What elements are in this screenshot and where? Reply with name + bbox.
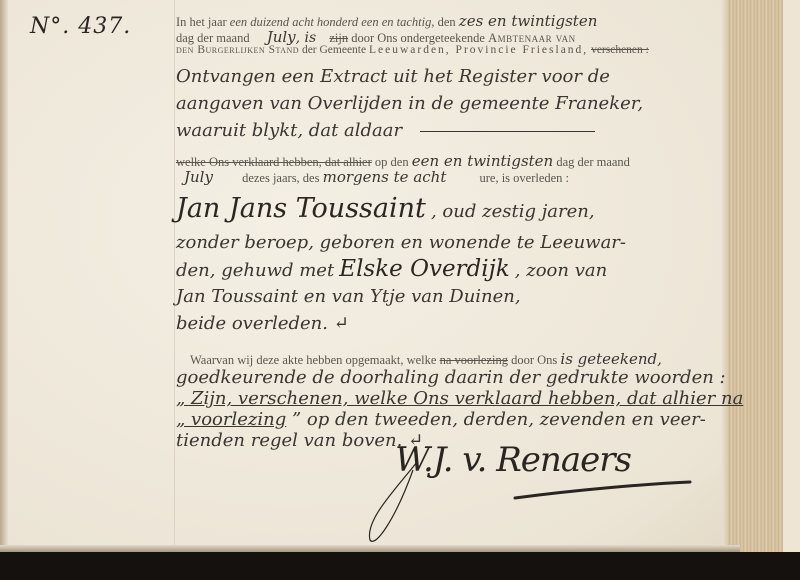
hand-text: waaruit blykt, dat aldaar bbox=[176, 120, 402, 141]
line-16: „ Zijn, verschenen, welke Ons verklaard … bbox=[176, 388, 743, 409]
hand-underlined: „ voorlezing bbox=[176, 409, 286, 430]
scan-background bbox=[0, 552, 800, 580]
line-13: beide overleden. ↵ bbox=[176, 313, 349, 334]
line-5: aangaven van Overlijden in de gemeente F… bbox=[176, 93, 643, 114]
struck-text: verschenen : bbox=[591, 44, 649, 56]
line-4: Ontvangen een Extract uit het Register v… bbox=[176, 66, 610, 87]
print-spaced: Leeuwarden, Provincie Friesland, bbox=[369, 44, 588, 56]
line-15: goedkeurende de doorhaling daarin der ge… bbox=[176, 367, 726, 388]
registrar-signature: W.J. v. Renaers bbox=[395, 440, 631, 480]
struck-text: zijn bbox=[329, 31, 348, 45]
line-10: zonder beroep, geboren en wonende te Lee… bbox=[176, 232, 626, 253]
page-stack-edge bbox=[728, 0, 783, 552]
print-text: Waarvan wij deze akte hebben opgemaakt, … bbox=[190, 353, 436, 367]
line-14: Waarvan wij deze akte hebben opgemaakt, … bbox=[190, 350, 662, 368]
spouse-name: Elske Overdijk bbox=[339, 256, 509, 282]
line-3: den Burgerlijken Stand der Gemeente Leeu… bbox=[176, 44, 649, 56]
struck-text: welke Ons verklaard hebben, dat alhier bbox=[176, 155, 372, 169]
line-8: July dezes jaars, des morgens te acht ur… bbox=[176, 168, 569, 186]
print-text: der Gemeente bbox=[302, 44, 366, 56]
print-text: dag der maand bbox=[556, 155, 630, 169]
line-11: den, gehuwd met Elske Overdijk , zoon va… bbox=[176, 256, 607, 282]
print-text: door Ons ondergeteekende bbox=[351, 31, 485, 45]
print-text: op den bbox=[375, 155, 409, 169]
hand-text: ” op den tweeden, derden, zevenden en ve… bbox=[292, 409, 706, 430]
hand-text: den, gehuwd met bbox=[176, 260, 334, 281]
deceased-name: Jan Jans Toussaint bbox=[176, 193, 426, 224]
print-caps: Ambtenaar van bbox=[488, 31, 576, 45]
act-number: N°. 437. bbox=[30, 14, 131, 39]
hand-text: , oud zestig jaren, bbox=[431, 201, 595, 222]
hand-text: , zoon van bbox=[515, 260, 607, 281]
line-6: waaruit blykt, dat aldaar bbox=[176, 120, 595, 141]
struck-text: na voorlezing bbox=[440, 353, 508, 367]
print-text: , den bbox=[431, 15, 455, 29]
print-text: dezes jaars, des bbox=[242, 171, 319, 185]
page-left-edge bbox=[0, 0, 8, 552]
line-9: Jan Jans Toussaint , oud zestig jaren, bbox=[176, 193, 595, 224]
print-text: dag der maand bbox=[176, 31, 250, 45]
print-text: ure, is overleden : bbox=[479, 171, 569, 185]
print-caps: den Burgerlijken Stand bbox=[176, 44, 299, 56]
fill-line bbox=[420, 131, 595, 132]
print-text: In het jaar bbox=[176, 15, 227, 29]
book-edge bbox=[783, 0, 800, 552]
line-12: Jan Toussaint en van Ytje van Duinen, bbox=[176, 286, 521, 307]
hand-month: July bbox=[184, 168, 213, 186]
print-italic-year: een duizend acht honderd een en tachtig bbox=[230, 15, 432, 29]
hand-text: is geteekend, bbox=[560, 350, 662, 368]
hand-time: morgens te acht bbox=[323, 168, 447, 186]
print-text: door Ons bbox=[511, 353, 557, 367]
margin-rule bbox=[174, 0, 175, 552]
line-17: „ voorlezing ” op den tweeden, derden, z… bbox=[176, 409, 706, 430]
